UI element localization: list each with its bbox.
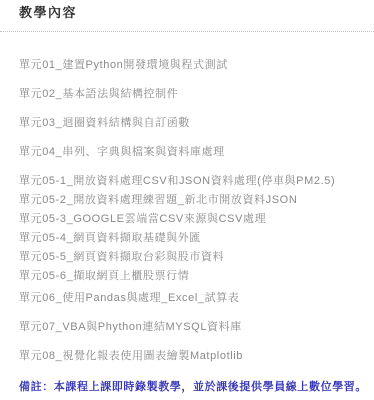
- unit-item-08: 單元08_視覺化報表使用圖表繪製Matplotlib: [19, 349, 356, 364]
- unit-item-07: 單元07_VBA與Phython連結MYSQL資料庫: [19, 320, 356, 335]
- unit-item-05-6: 單元05-6_擷取網頁上櫃股票行情: [19, 269, 356, 284]
- unit-item-06: 單元06_使用Pandas與處理_Excel_試算表: [19, 291, 356, 306]
- content-area: 教學內容 單元01_建置Python開發環境與程式測試 單元02_基本語法與結構…: [0, 0, 374, 395]
- unit-group-05: 單元05-1_開放資料處理CSV和JSON資料處理(停車與PM2.5) 單元05…: [19, 174, 356, 284]
- unit-item-05-4: 單元05-4_網頁資料擷取基礎與外匯: [19, 231, 356, 246]
- dotted-divider: [0, 31, 374, 32]
- unit-item-05-2: 單元05-2_開放資料處理練習題_新北市開放資料JSON: [19, 193, 356, 208]
- course-note: 備註：本課程上課即時錄製教學，並於課後提供學員線上數位學習。: [19, 380, 356, 395]
- unit-item-05-1: 單元05-1_開放資料處理CSV和JSON資料處理(停車與PM2.5): [19, 174, 356, 189]
- unit-list: 單元01_建置Python開發環境與程式測試 單元02_基本語法與結構控制件 單…: [19, 58, 356, 364]
- page-title: 教學內容: [19, 4, 356, 21]
- unit-item-04: 單元04_串列、字典與檔案與資料庫處理: [19, 145, 356, 160]
- unit-item-03: 單元03_迴圈資料結構與自訂函數: [19, 116, 356, 131]
- unit-item-05-5: 單元05-5_網頁資料擷取台彩與股市資料: [19, 250, 356, 265]
- unit-item-01: 單元01_建置Python開發環境與程式測試: [19, 58, 356, 73]
- unit-item-05-3: 單元05-3_GOOGLE雲端當CSV來源與CSV處理: [19, 212, 356, 227]
- course-content-page: 教學內容 單元01_建置Python開發環境與程式測試 單元02_基本語法與結構…: [0, 0, 374, 400]
- unit-item-02: 單元02_基本語法與結構控制件: [19, 87, 356, 102]
